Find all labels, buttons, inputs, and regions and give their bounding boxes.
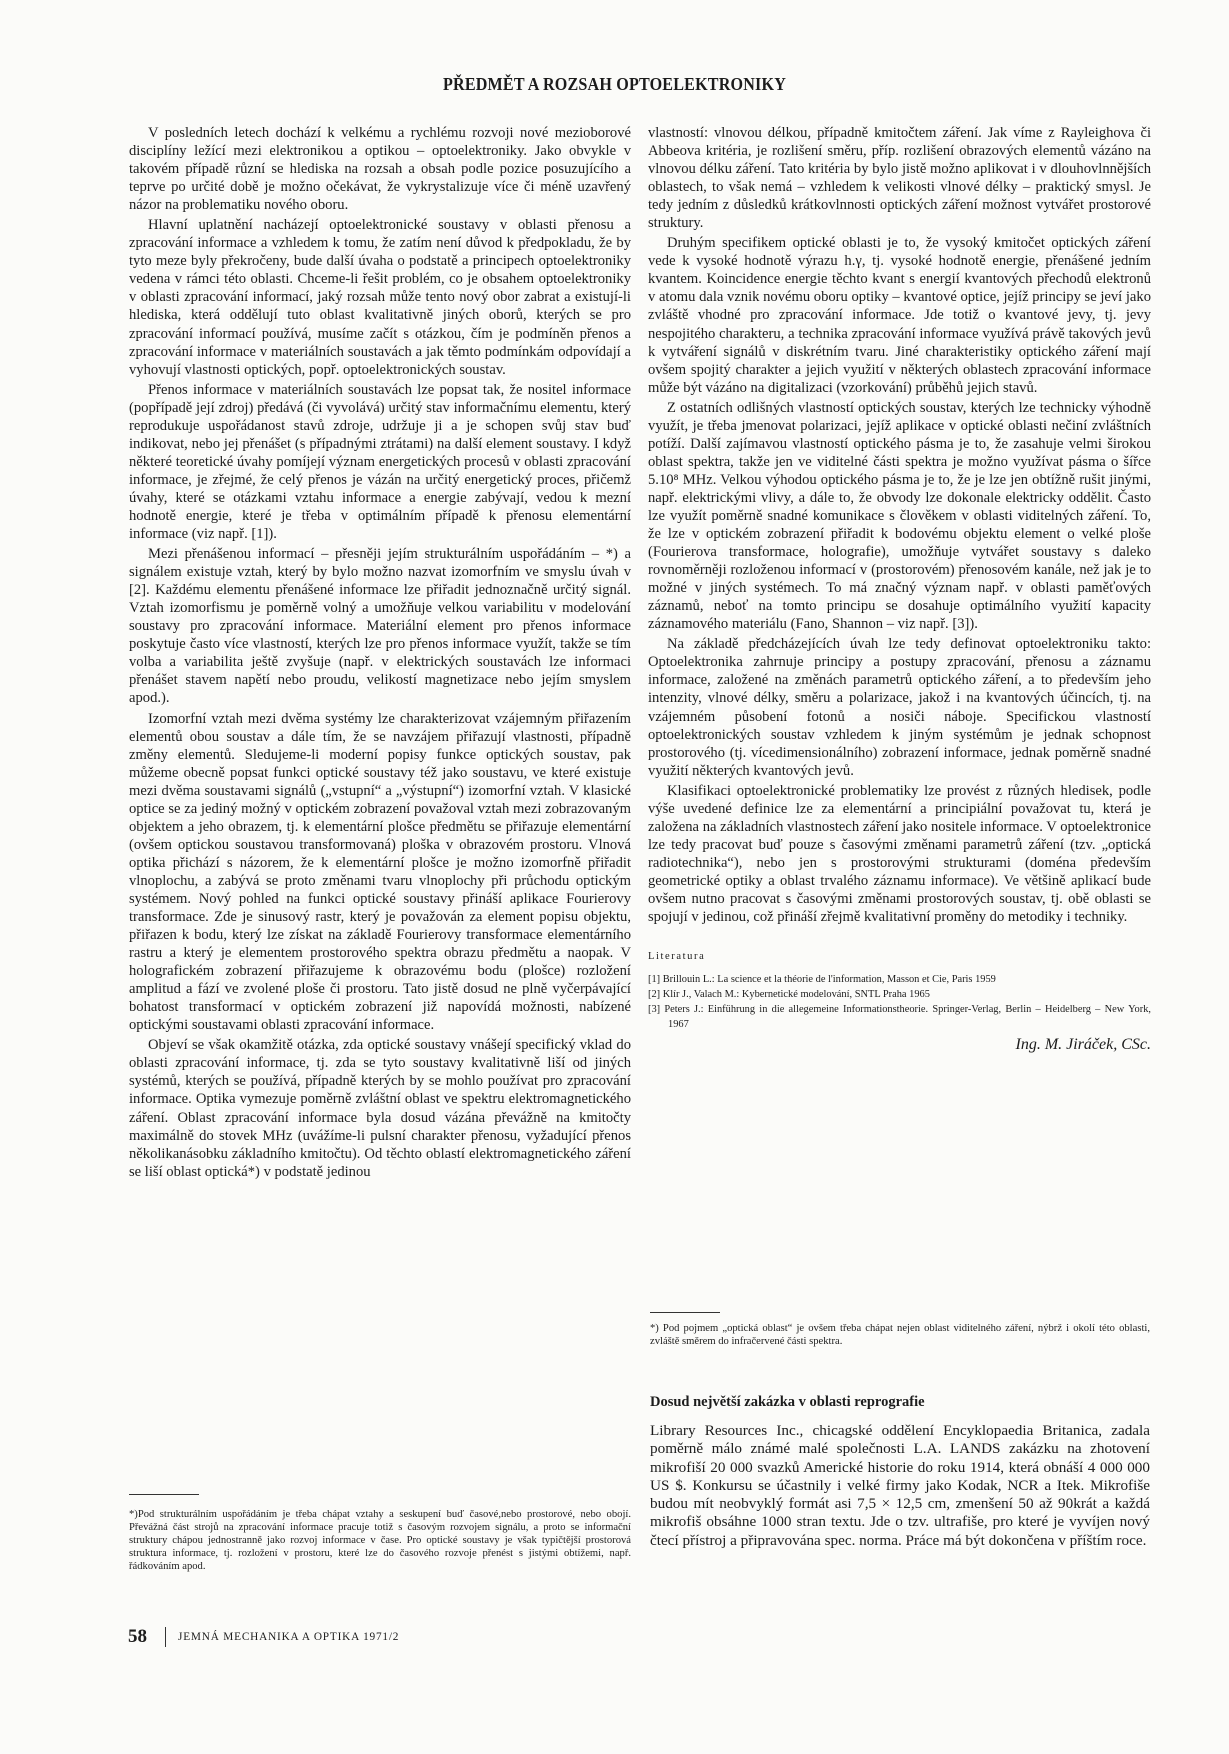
journal-name: JEMNÁ MECHANIKA A OPTIKA 1971/2	[178, 1631, 399, 1643]
reference-item: [1] Brillouin L.: La science et la théor…	[648, 972, 1151, 987]
news-heading: Dosud největší zakázka v oblasti reprogr…	[650, 1394, 1150, 1411]
literature-heading: Literatura	[648, 948, 1151, 966]
footnote-rule	[129, 1494, 199, 1495]
paragraph: Izomorfní vztah mezi dvěma systémy lze c…	[129, 710, 631, 1035]
left-footnote: *)Pod strukturálním uspořádáním je třeba…	[129, 1509, 631, 1574]
page-footer: 58 JEMNÁ MECHANIKA A OPTIKA 1971/2	[128, 1626, 399, 1648]
news-body: Library Resources Inc., chicagské odděle…	[650, 1422, 1150, 1550]
reference-item: [2] Klír J., Valach M.: Kybernetické mod…	[648, 987, 1151, 1002]
footnote-rule	[650, 1312, 720, 1313]
right-footnote: *) Pod pojmem „optická oblast“ je ovšem …	[650, 1323, 1150, 1349]
footer-divider	[165, 1627, 166, 1647]
reference-item: [3] Peters J.: Einführung in die allegem…	[648, 1002, 1151, 1032]
paragraph: Přenos informace v materiálních soustavá…	[129, 381, 631, 543]
paragraph: Objeví se však okamžitě otázka, zda opti…	[129, 1036, 631, 1180]
page-number: 58	[128, 1626, 147, 1648]
reference-list: [1] Brillouin L.: La science et la théor…	[648, 972, 1151, 1032]
right-footnote-block: *) Pod pojmem „optická oblast“ je ovšem …	[650, 1312, 1150, 1349]
paragraph: V posledních letech dochází k velkému a …	[129, 124, 631, 214]
right-column: vlastností: vlnovou délkou, případně kmi…	[648, 124, 1151, 1054]
paragraph: Hlavní uplatnění nacházejí optoelektroni…	[129, 216, 631, 378]
paragraph: Druhým specifikem optické oblasti je to,…	[648, 234, 1151, 396]
paragraph: Na základě předcházejících úvah lze tedy…	[648, 635, 1151, 779]
paragraph: Klasifikaci optoelektronické problematik…	[648, 782, 1151, 926]
paragraph: vlastností: vlnovou délkou, případně kmi…	[648, 124, 1151, 232]
paragraph: Z ostatních odlišných vlastností optický…	[648, 399, 1151, 634]
paragraph: Mezi přenášenou informací – přesněji jej…	[129, 545, 631, 707]
left-footnote-block: *)Pod strukturálním uspořádáním je třeba…	[129, 1494, 631, 1574]
author-signature: Ing. M. Jiráček, CSc.	[648, 1036, 1151, 1054]
literature-section: Literatura [1] Brillouin L.: La science …	[648, 948, 1151, 1032]
left-column: V posledních letech dochází k velkému a …	[129, 124, 631, 1183]
article-title: PŘEDMĚT A ROZSAH OPTOELEKTRONIKY	[49, 74, 1180, 95]
